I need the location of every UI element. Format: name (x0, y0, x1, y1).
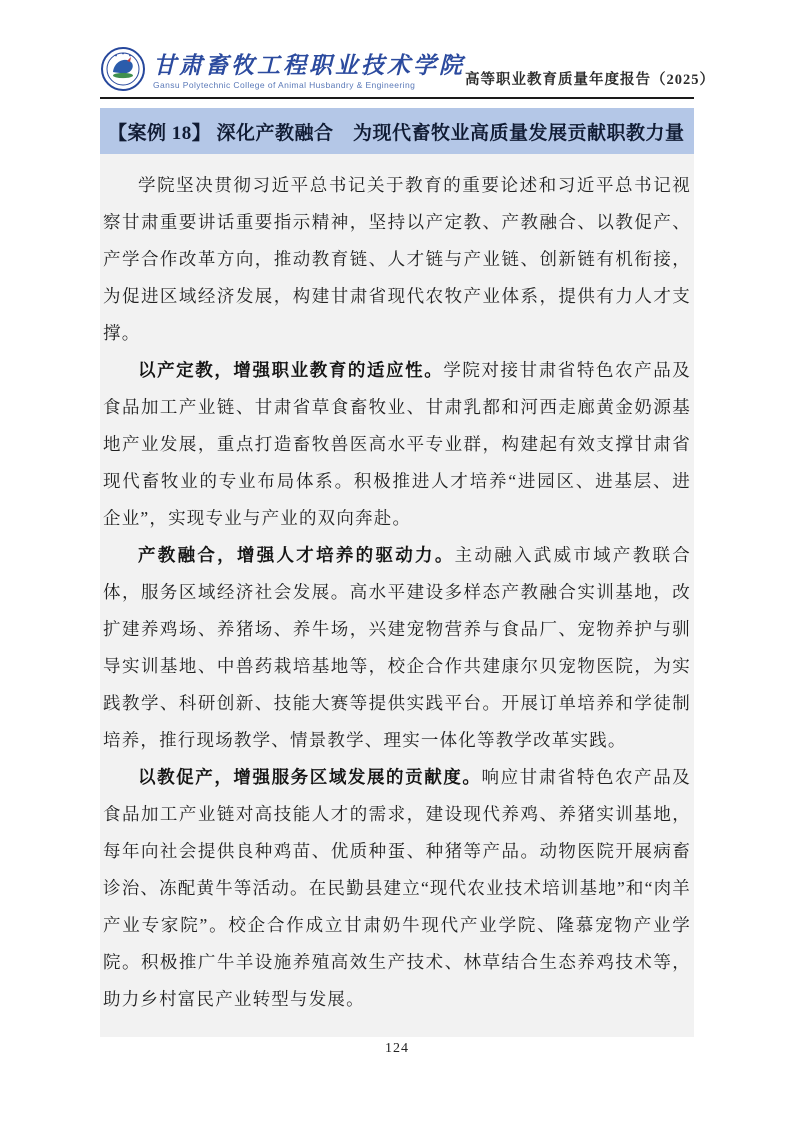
paragraph-text: 学院对接甘肃省特色农产品及食品加工产业链、甘肃省草食畜牧业、甘肃乳都和河西走廊黄… (103, 360, 691, 528)
school-name-zh: 甘肃畜牧工程职业技术学院 (153, 54, 465, 77)
report-page: 甘肃畜牧工程职业技术学院 Gansu Polytechnic College o… (0, 0, 794, 1123)
page-header: 甘肃畜牧工程职业技术学院 Gansu Polytechnic College o… (100, 0, 694, 99)
case-paragraph: 产教融合，增强人才培养的驱动力。主动融入武威市域产教联合体，服务区域经济社会发展… (103, 537, 691, 759)
paragraph-text: 主动融入武威市域产教联合体，服务区域经济社会发展。高水平建设多样态产教融合实训基… (103, 545, 691, 750)
case-paragraph: 以教促产，增强服务区域发展的贡献度。响应甘肃省特色农产品及食品加工产业链对高技能… (103, 759, 691, 1018)
paragraph-lead: 产教融合，增强人才培养的驱动力。 (138, 545, 455, 565)
case-banner: 【案例 18】 深化产教融合 为现代畜牧业高质量发展贡献职教力量 (100, 108, 694, 154)
page-footer: 124 (0, 1039, 794, 1057)
paragraph-lead: 以教促产，增强服务区域发展的贡献度。 (138, 767, 481, 787)
school-logo-icon (100, 46, 146, 92)
case-paragraph: 以产定教，增强职业教育的适应性。学院对接甘肃省特色农产品及食品加工产业链、甘肃省… (103, 352, 691, 537)
case-paragraph: 学院坚决贯彻习近平总书记关于教育的重要论述和习近平总书记视察甘肃重要讲话重要指示… (103, 167, 691, 352)
paragraph-lead: 以产定教，增强职业教育的适应性。 (138, 360, 443, 380)
case-banner-title: 【案例 18】 深化产教融合 为现代畜牧业高质量发展贡献职教力量 (108, 118, 685, 145)
paragraph-text: 响应甘肃省特色农产品及食品加工产业链对高技能人才的需求，建设现代养鸡、养猪实训基… (103, 767, 691, 1009)
school-name-en: Gansu Polytechnic College of Animal Husb… (153, 81, 465, 90)
page-number: 124 (385, 1041, 409, 1056)
paragraph-text: 学院坚决贯彻习近平总书记关于教育的重要论述和习近平总书记视察甘肃重要讲话重要指示… (103, 175, 691, 343)
school-name-block: 甘肃畜牧工程职业技术学院 Gansu Polytechnic College o… (153, 54, 465, 91)
report-title: 高等职业教育质量年度报告（2025） (465, 68, 715, 90)
case-body: 学院坚决贯彻习近平总书记关于教育的重要论述和习近平总书记视察甘肃重要讲话重要指示… (100, 154, 694, 1037)
